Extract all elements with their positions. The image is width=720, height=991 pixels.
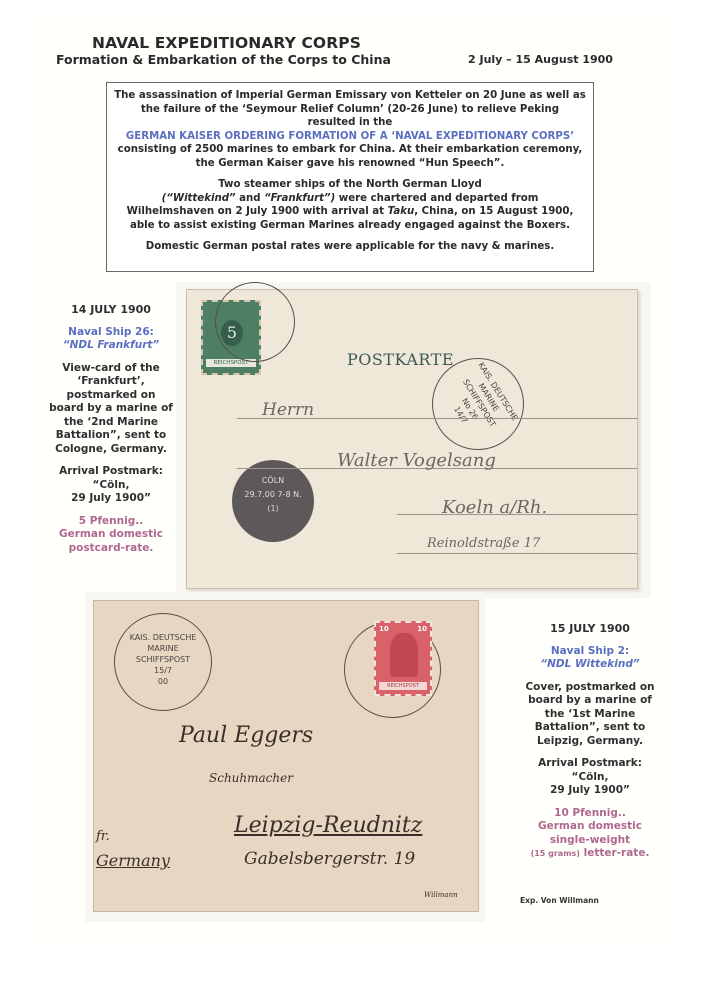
item1-date: 14 JULY 1900 bbox=[36, 303, 186, 317]
ship-postmark-left: KAIS. DEUTSCHE MARINE SCHIFFSPOST 15/7 0… bbox=[114, 613, 212, 711]
intro-highlight: GERMAN KAISER ORDERING FORMATION OF A ‘N… bbox=[113, 130, 587, 144]
intro-line: resulted in the bbox=[113, 116, 587, 130]
date-range: 2 July – 15 August 1900 bbox=[468, 53, 613, 66]
address-line: Reinoldstraße 17 bbox=[427, 536, 540, 551]
item2-desc: board by a marine of bbox=[510, 694, 670, 708]
item2-rate: German domestic bbox=[510, 820, 670, 834]
postcard-image: 5 REICHSPOST POSTKARTE KAIS. DEUTSCHE MA… bbox=[186, 289, 638, 589]
item1-ship: Naval Ship 26: bbox=[36, 326, 186, 340]
item2-arrival: 29 July 1900” bbox=[510, 784, 670, 798]
intro-line: consisting of 2500 marines to embark for… bbox=[113, 143, 587, 157]
routing-note: Germany bbox=[96, 851, 170, 870]
address-line: Walter Vogelsang bbox=[337, 450, 496, 471]
item2-rate: 10 Pfennig.. bbox=[510, 807, 670, 821]
handwritten-message bbox=[557, 300, 627, 480]
item1-rate: German domestic bbox=[36, 528, 186, 542]
stamp-10-pfennig: 10 10 REICHSPOST bbox=[374, 621, 432, 696]
signature: Willmann bbox=[424, 891, 458, 899]
item1-desc: View-card of the bbox=[36, 362, 186, 376]
item1-rate: postcard-rate. bbox=[36, 542, 186, 556]
intro-line: Two steamer ships of the North German Ll… bbox=[113, 178, 587, 192]
item2-desc: the ‘1st Marine bbox=[510, 708, 670, 722]
intro-line: The assassination of Imperial German Emi… bbox=[113, 89, 587, 103]
item1-desc: Cologne, Germany. bbox=[36, 443, 186, 457]
item1-rate: 5 Pfennig.. bbox=[36, 515, 186, 529]
item2-desc: Leipzig, Germany. bbox=[510, 735, 670, 749]
item2-ship: Naval Ship 2: bbox=[510, 645, 670, 659]
item1-caption: 14 JULY 1900 Naval Ship 26: “NDL Frankfu… bbox=[36, 303, 186, 555]
address-line: Schuhmacher bbox=[209, 771, 293, 785]
item1-desc: postmarked on bbox=[36, 389, 186, 403]
arrival-postmark-coln: CÖLN 29.7.00 7-8 N. (1) bbox=[232, 460, 314, 542]
item1-arrival: 29 July 1900” bbox=[36, 492, 186, 506]
postmark-partial bbox=[215, 282, 295, 362]
item1-ship-name: “NDL Frankfurt” bbox=[36, 339, 186, 353]
address-line: Leipzig-Reudnitz bbox=[234, 813, 422, 838]
intro-line: able to assist existing German Marines a… bbox=[113, 219, 587, 233]
item2-desc: Cover, postmarked on bbox=[510, 681, 670, 695]
item2-caption: 15 JULY 1900 Naval Ship 2: “NDL Wittekin… bbox=[510, 622, 670, 861]
item1-desc: Battalion”, sent to bbox=[36, 429, 186, 443]
page-subtitle: Formation & Embarkation of the Corps to … bbox=[56, 52, 391, 67]
intro-line: the German Kaiser gave his renowned “Hun… bbox=[113, 157, 587, 171]
item1-desc: board by a marine of bbox=[36, 402, 186, 416]
address-line: Koeln a/Rh. bbox=[442, 497, 547, 518]
address-line: Paul Eggers bbox=[179, 723, 313, 748]
item2-arrival: Arrival Postmark: bbox=[510, 757, 670, 771]
page-title: NAVAL EXPEDITIONARY CORPS bbox=[92, 34, 361, 52]
address-line: Gabelsbergerstr. 19 bbox=[244, 849, 415, 869]
item2-arrival: “Cöln, bbox=[510, 771, 670, 785]
address-line: Herrn bbox=[262, 400, 314, 420]
intro-line: (“Wittekind” and “Frankfurt”) were chart… bbox=[113, 192, 587, 206]
item2-rate: single-weight bbox=[510, 834, 670, 848]
routing-note: fr. bbox=[96, 829, 110, 844]
item2-rate: (15 grams) letter-rate. bbox=[510, 847, 670, 861]
item1-desc: ‘Frankfurt’, bbox=[36, 375, 186, 389]
item1-arrival: “Cöln, bbox=[36, 479, 186, 493]
intro-line: Domestic German postal rates were applic… bbox=[113, 240, 587, 254]
item2-ship-name: “NDL Wittekind” bbox=[510, 658, 670, 672]
item2-date: 15 JULY 1900 bbox=[510, 622, 670, 636]
item1-arrival: Arrival Postmark: bbox=[36, 465, 186, 479]
item1-desc: the ‘2nd Marine bbox=[36, 416, 186, 430]
cover-image: KAIS. DEUTSCHE MARINE SCHIFFSPOST 15/7 0… bbox=[93, 600, 479, 912]
exhibitor-credit: Exp. Von Willmann bbox=[520, 896, 599, 905]
intro-line: the failure of the ‘Seymour Relief Colum… bbox=[113, 103, 587, 117]
item2-desc: Battalion”, sent to bbox=[510, 721, 670, 735]
postkarte-heading: POSTKARTE bbox=[347, 350, 454, 369]
intro-line: Wilhelmshaven on 2 July 1900 with arriva… bbox=[113, 205, 587, 219]
intro-text-box: The assassination of Imperial German Emi… bbox=[106, 82, 594, 272]
